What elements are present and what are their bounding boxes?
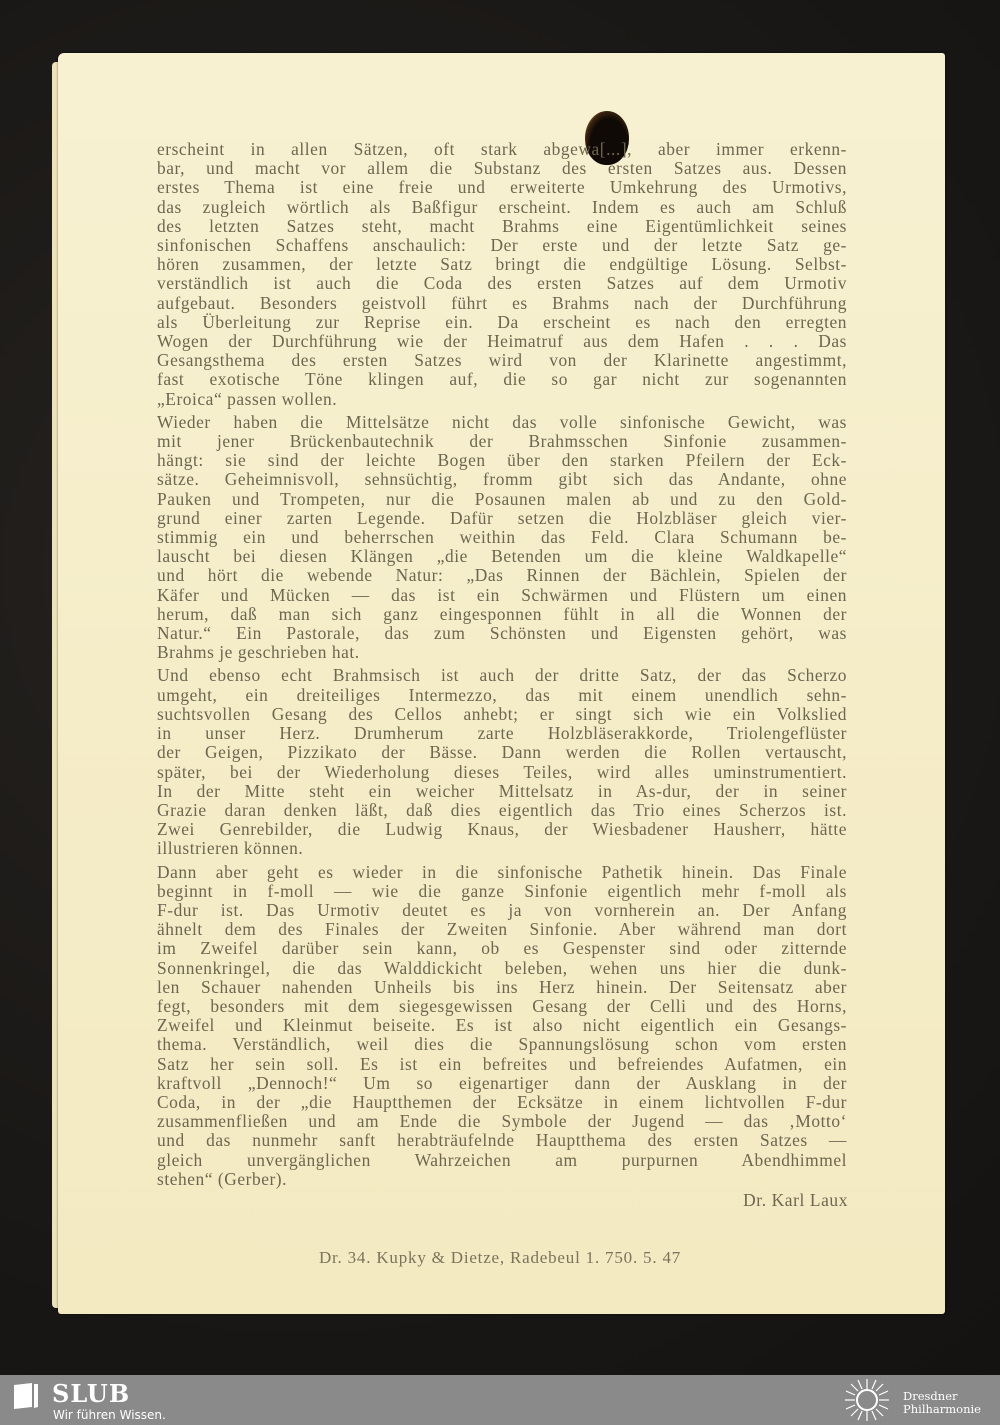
text-line: grund einer zarten Legende. Dafür setzen… — [157, 509, 847, 528]
text-line: Wogen der Durchführung wie der Heimatruf… — [157, 332, 847, 351]
paragraph-3: Und ebenso echt Brahmsisch ist auch der … — [157, 666, 847, 858]
printer-imprint: Dr. 34. Kupky & Dietze, Radebeul 1. 750.… — [0, 1248, 1000, 1268]
text-line: Satz her sein soll. Es ist ein befreites… — [157, 1055, 847, 1074]
text-line: der Geigen, Pizzikato der Bässe. Dann we… — [157, 743, 847, 762]
text-line: aufgebaut. Besonders geistvoll führt es … — [157, 294, 847, 313]
text-line: fegt, besonders mit dem siegesgewissen G… — [157, 997, 847, 1016]
text-line: kraftvoll „Dennoch!“ Um so eigenartiger … — [157, 1074, 847, 1093]
text-line: hören zusammen, der letzte Satz bringt d… — [157, 255, 847, 274]
text-line: bar, und macht vor allem die Substanz de… — [157, 159, 847, 178]
text-line: thema. Verständlich, weil dies die Spann… — [157, 1035, 847, 1054]
text-line: Gesangsthema des ersten Satzes wird von … — [157, 351, 847, 370]
text-line: F-dur ist. Das Urmotiv deutet es ja von … — [157, 901, 847, 920]
text-line: umgeht, ein dreiteiliges Intermezzo, das… — [157, 686, 847, 705]
text-line: Brahms je geschrieben hat. — [157, 643, 847, 662]
text-line: Dann aber geht es wieder in die sinfonis… — [157, 863, 847, 882]
text-line: stehen“ (Gerber). — [157, 1170, 847, 1189]
text-line: sätze. Geheimnisvoll, sehnsüchtig, fromm… — [157, 470, 847, 489]
text-line: gleich unvergänglichen Wahrzeichen am pu… — [157, 1151, 847, 1170]
text-line: illustrieren können. — [157, 839, 847, 858]
text-line: In der Mitte steht ein weicher Mittelsat… — [157, 782, 847, 801]
text-line: Und ebenso echt Brahmsisch ist auch der … — [157, 666, 847, 685]
text-line: „Eroica“ passen wollen. — [157, 390, 847, 409]
text-line: Wieder haben die Mittelsätze nicht das v… — [157, 413, 847, 432]
text-line: als Überleitung zur Reprise ein. Da ersc… — [157, 313, 847, 332]
text-line: Natur.“ Ein Pastorale, das zum Schönsten… — [157, 624, 847, 643]
text-line: Pauken und Trompeten, nur die Posaunen m… — [157, 490, 847, 509]
philharmonie-sun-icon — [842, 1377, 892, 1423]
text-line: erstes Thema ist eine freie und erweiter… — [157, 178, 847, 197]
text-line: Sonnenkringel, die das Walddickicht bele… — [157, 959, 847, 978]
text-line: hängt: sie sind der leichte Bogen über d… — [157, 451, 847, 470]
text-line: später, bei der Wiederholung dieses Teil… — [157, 763, 847, 782]
text-line: len Schauer nahenden Unheils bis ins Her… — [157, 978, 847, 997]
text-line: erscheint in allen Sätzen, oft stark abg… — [157, 140, 847, 159]
philharmonie-logo-text: Dresdner Philharmonie — [903, 1390, 981, 1416]
text-line: Zweifel und Kleinmut beiseite. Es ist al… — [157, 1016, 847, 1035]
slub-book-icon — [12, 1381, 42, 1411]
text-line: in unser Herz. Drumherum zarte Holzbläse… — [157, 724, 847, 743]
paragraph-1: erscheint in allen Sätzen, oft stark abg… — [157, 140, 847, 409]
author-signature: Dr. Karl Laux — [743, 1190, 848, 1211]
text-line: suchtsvollen Gesang des Cellos anhebt; e… — [157, 705, 847, 724]
text-line: und hört die webende Natur: „Das Rinnen … — [157, 566, 847, 585]
text-line: stimmig ein und beherrschen weithin das … — [157, 528, 847, 547]
text-line: Zwei Genrebilder, die Ludwig Knaus, der … — [157, 820, 847, 839]
slub-tagline: Wir führen Wissen. — [53, 1408, 166, 1422]
footer-bar: SLUB Wir führen Wissen. Dresdner Philhar… — [0, 1375, 1000, 1425]
text-line: das zugleich wörtlich als Baßfigur ersch… — [157, 198, 847, 217]
text-line: lauscht bei diesen Klängen „die Betenden… — [157, 547, 847, 566]
slub-logo-text: SLUB — [52, 1379, 130, 1408]
text-line: Coda, in der „die Hauptthemen der Ecksät… — [157, 1093, 847, 1112]
text-line: sinfonischen Schaffens anschaulich: Der … — [157, 236, 847, 255]
text-line: mit jener Brückenbautechnik der Brahmssc… — [157, 432, 847, 451]
text-line: im Zweifel darüber sein kann, ob es Gesp… — [157, 939, 847, 958]
text-line: fast exotische Töne klingen auf, die so … — [157, 370, 847, 389]
paragraph-4: Dann aber geht es wieder in die sinfonis… — [157, 863, 847, 1189]
text-line: Käfer und Mücken — das ist ein Schwärmen… — [157, 586, 847, 605]
text-line: des letzten Satzes steht, macht Brahms e… — [157, 217, 847, 236]
text-line: ähnelt dem des Finales der Zweiten Sinfo… — [157, 920, 847, 939]
text-line: verständlich ist auch die Coda des erste… — [157, 274, 847, 293]
text-line: herum, daß man sich ganz eingesponnen fü… — [157, 605, 847, 624]
text-line: zusammenfließen und am Ende die Symbole … — [157, 1112, 847, 1131]
text-line: Grazie daran denken läßt, daß dies eigen… — [157, 801, 847, 820]
document-body: erscheint in allen Sätzen, oft stark abg… — [157, 140, 847, 1193]
paragraph-2: Wieder haben die Mittelsätze nicht das v… — [157, 413, 847, 663]
text-line: und das nunmehr sanft herabträufelnde Ha… — [157, 1131, 847, 1150]
text-line: beginnt in f-moll — wie die ganze Sinfon… — [157, 882, 847, 901]
